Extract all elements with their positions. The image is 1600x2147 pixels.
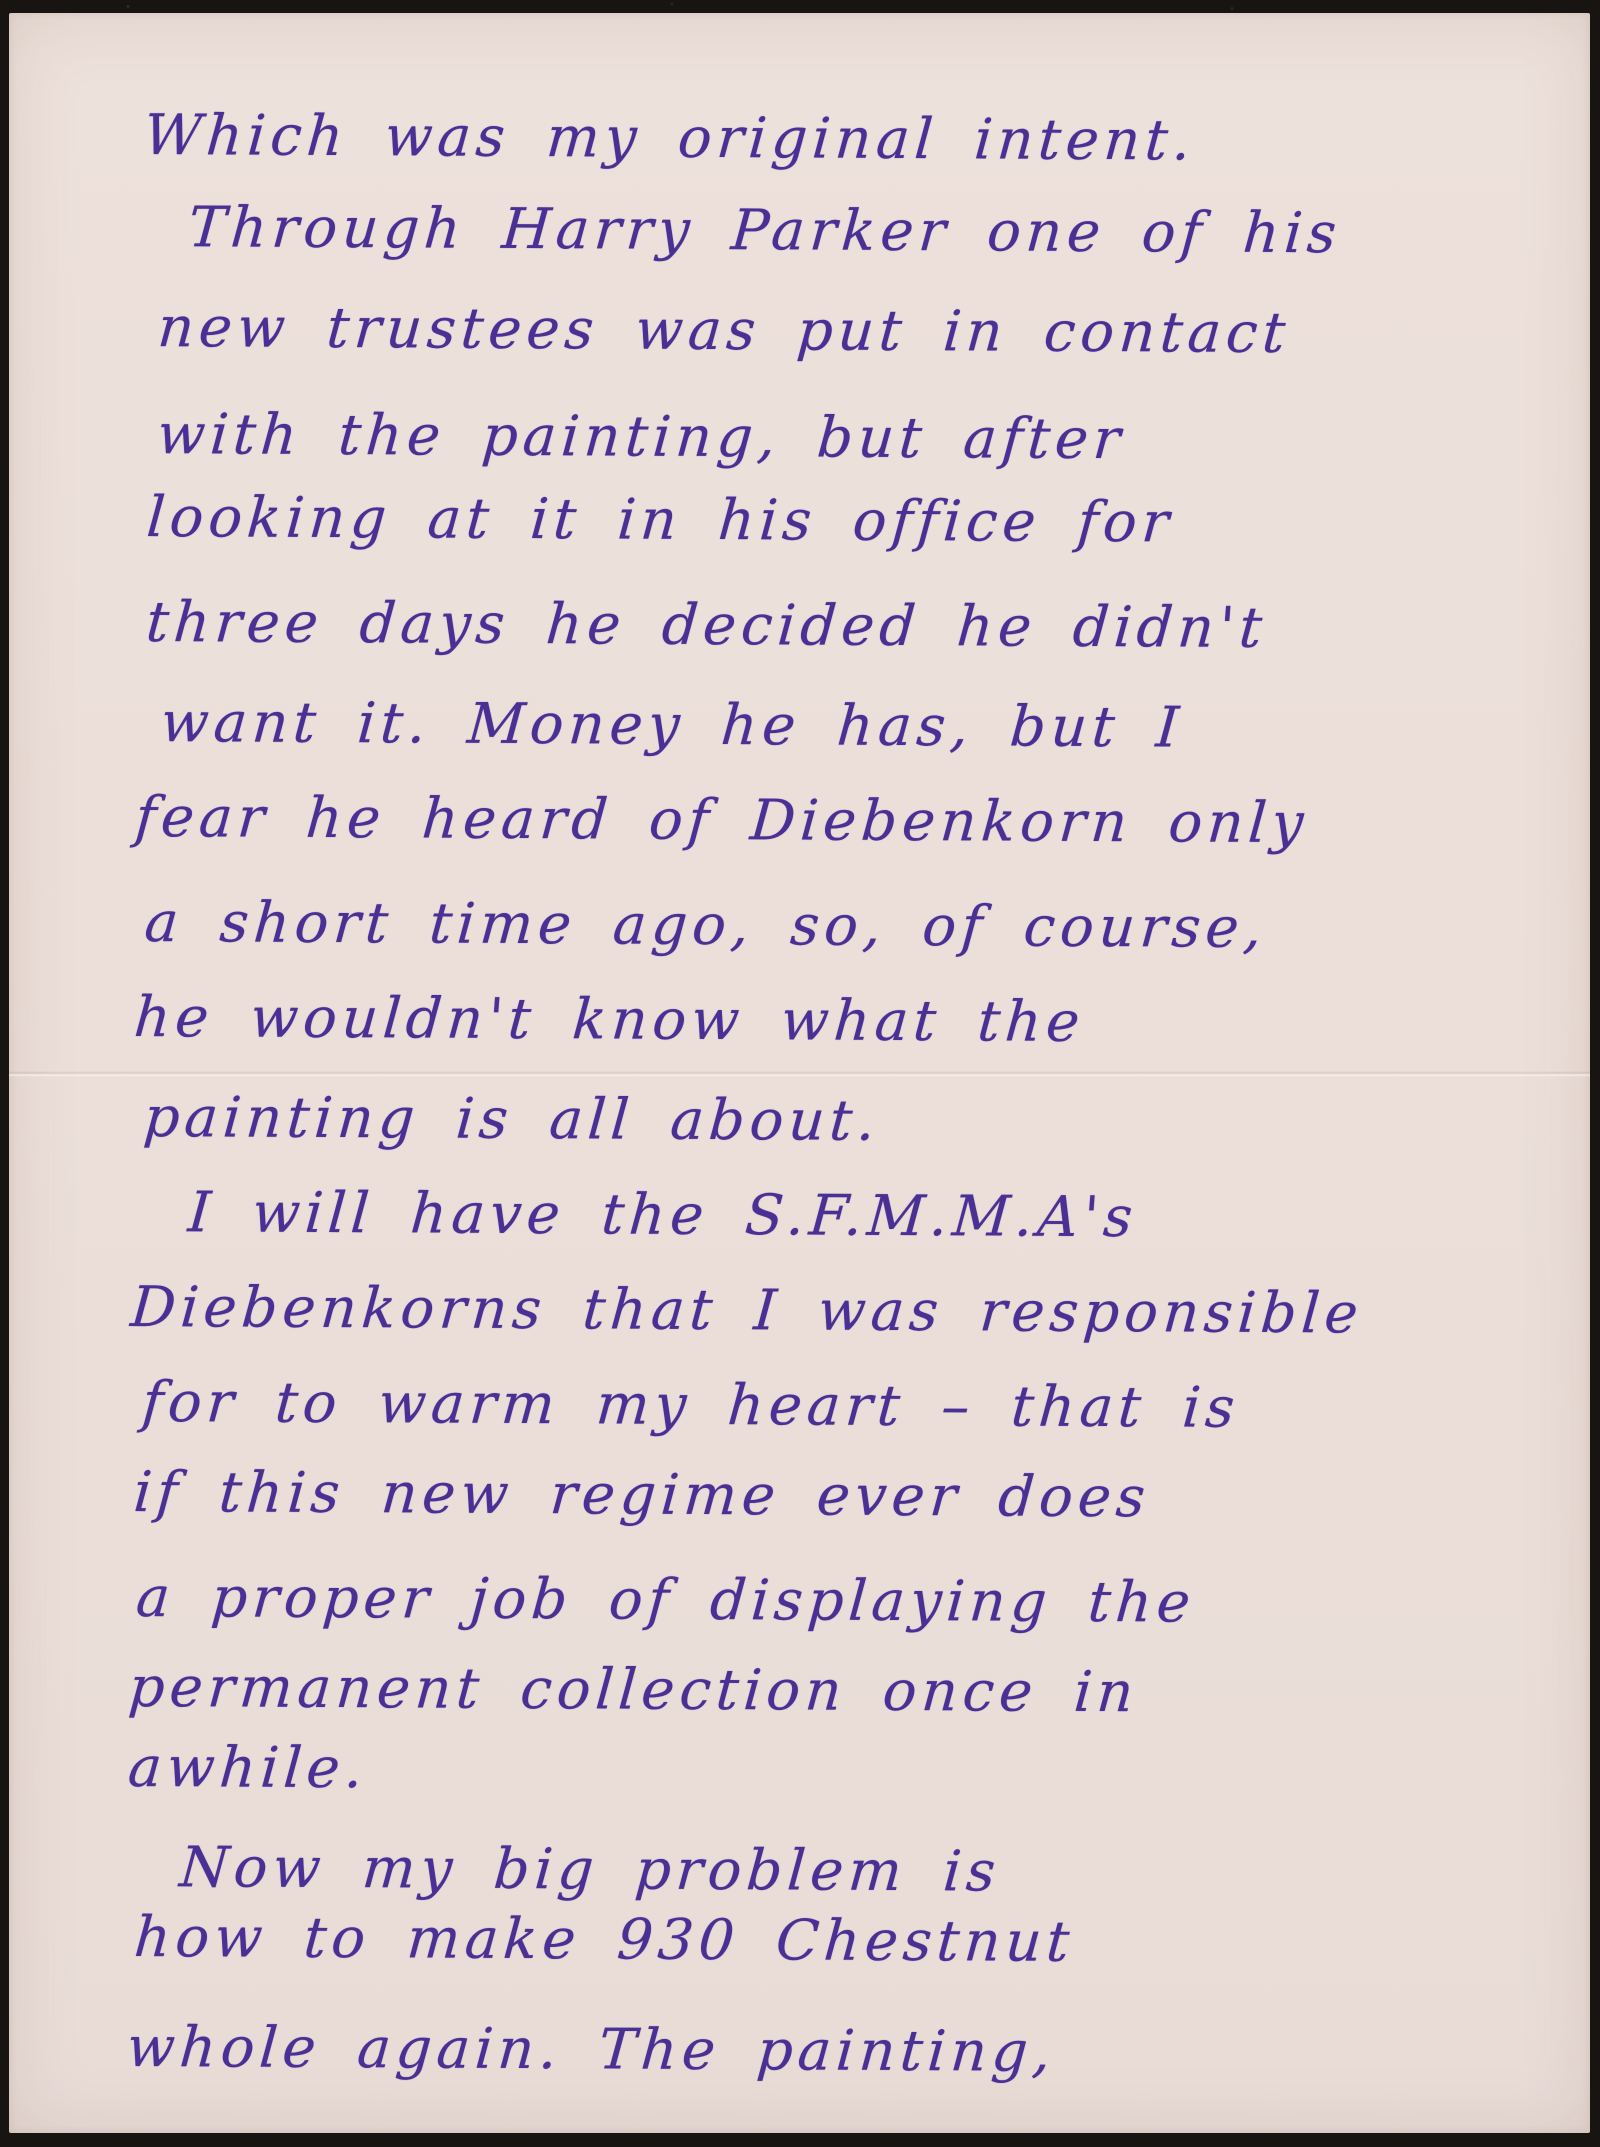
handwritten-line-7: want it. Money he has, but I: [158, 690, 1185, 760]
handwritten-line-17: permanent collection once in: [126, 1655, 1140, 1725]
handwritten-line-5: looking at it in his office for: [145, 485, 1177, 555]
handwritten-line-8: fear he heard of Diebenkorn only: [133, 785, 1311, 856]
handwritten-line-20: how to make 930 Chestnut: [132, 1905, 1076, 1975]
handwritten-line-6: three days he decided he didn't: [144, 590, 1269, 661]
handwritten-line-12: I will have the S.F.M.M.A's: [186, 1180, 1140, 1250]
handwritten-line-13: Diebenkorns that I was responsible: [128, 1275, 1365, 1346]
handwriting-block: Which was my original intent. Through Ha…: [0, 12, 1591, 2140]
handwritten-line-4: with the painting, but after: [155, 402, 1127, 472]
handwritten-line-2: Through Harry Parker one of his: [186, 195, 1343, 266]
handwritten-line-9: a short time ago, so, of course,: [142, 890, 1269, 961]
handwritten-line-11: painting is all about.: [141, 1085, 882, 1154]
handwritten-line-18: awhile.: [126, 1735, 370, 1801]
letter-page: Which was my original intent. Through Ha…: [9, 13, 1590, 2133]
handwritten-line-10: he wouldn't know what the: [132, 985, 1087, 1055]
handwritten-line-21: whole again. The painting,: [125, 2015, 1058, 2085]
handwritten-line-3: new trustees was put in contact: [156, 295, 1293, 366]
letter-scan: Which was my original intent. Through Ha…: [0, 0, 1600, 2147]
handwritten-line-15: if this new regime ever does: [131, 1460, 1152, 1530]
handwritten-line-19: Now my big problem is: [177, 1835, 1002, 1904]
handwritten-line-1: Which was my original intent.: [142, 103, 1198, 173]
handwritten-line-16: a proper job of displaying the: [134, 1565, 1198, 1636]
handwritten-line-14: for to warm my heart – that is: [140, 1370, 1242, 1441]
